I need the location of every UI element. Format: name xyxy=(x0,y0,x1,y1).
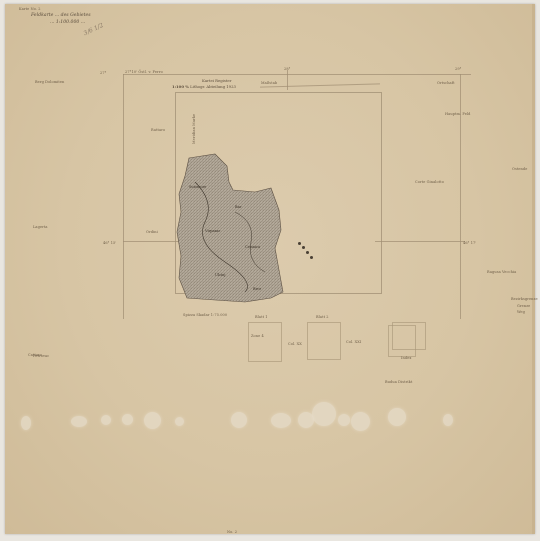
handwritten-note-line1: Feldkarte ... des Gebietes xyxy=(31,13,91,18)
top-left-label: 27°10' Östl. v. Ferro xyxy=(125,70,163,74)
stamp-label: Karte No. 2 xyxy=(19,7,41,11)
right-label-1: Ortschaft xyxy=(437,81,455,85)
water-stain xyxy=(122,414,133,425)
index-frame-3-label: Index xyxy=(401,356,411,360)
right-label: Hauptm. Feld xyxy=(445,112,470,116)
region-label: Virpazar xyxy=(204,229,221,233)
right-label: Grenze xyxy=(517,304,530,308)
left-label: 46° 15' xyxy=(103,241,116,245)
index-frame-1 xyxy=(248,322,282,362)
region-label: Bar xyxy=(235,205,242,209)
right-grid-line xyxy=(460,74,461,319)
index-frame-1-side: Col. XX xyxy=(288,342,302,346)
terrain-map: Sutomore Bar Virpazar Crmnica Ulcinj Brc… xyxy=(175,152,287,312)
coord-right: 29° xyxy=(455,67,462,71)
map-caption: Spizza Skadar 1:75.000 xyxy=(183,313,227,317)
coord-mid: 28° xyxy=(284,67,291,71)
scale-bar xyxy=(260,83,380,87)
water-stain xyxy=(271,413,291,428)
index-frame-1-label: Blatt 1 xyxy=(255,315,268,319)
island-marker xyxy=(306,251,309,254)
left-label-1: Berg Dolomiten xyxy=(35,80,64,84)
left-label: Ordini xyxy=(146,230,158,234)
water-stain xyxy=(443,414,453,426)
index-frame-2 xyxy=(307,322,341,360)
right-label: Ostende xyxy=(512,167,527,171)
water-stain xyxy=(338,414,350,426)
region-label: Brce xyxy=(253,287,261,291)
region-label: Ulcinj xyxy=(215,273,226,277)
left-mid-line xyxy=(123,241,183,242)
title-prefix: 1:100 % xyxy=(172,84,189,89)
title-line2: 1:100 % Lithogr. Abteilung 1923 xyxy=(172,84,236,89)
region-label: Sutomore xyxy=(189,185,206,189)
bottom-stamp: No. 2 xyxy=(227,530,237,534)
right-label: Weg xyxy=(517,310,525,314)
scale-bar-label: Maßstab xyxy=(261,81,277,85)
region-label: Crmnica xyxy=(245,245,260,249)
island-marker xyxy=(310,256,313,259)
pencil-note: 3/6 1/2 xyxy=(83,22,105,37)
handwritten-note-line2: ... 1:100.000 ... xyxy=(50,20,85,25)
left-label: Lagerta xyxy=(33,225,48,229)
water-stain xyxy=(231,412,247,428)
water-stain xyxy=(144,412,161,429)
map-sheet: Karte No. 2 Feldkarte ... des Gebietes .… xyxy=(5,4,535,534)
right-label: Corte Ginalotto xyxy=(415,180,444,184)
right-mid-line xyxy=(375,241,465,242)
water-stain xyxy=(71,416,87,427)
island-marker xyxy=(302,246,305,249)
right-label: Ragusa Vecchia xyxy=(487,270,516,274)
island-marker xyxy=(298,242,301,245)
right-label: Bezirksgrenze xyxy=(511,297,538,301)
water-stain xyxy=(388,408,406,426)
sheet-edge xyxy=(532,4,535,534)
water-stain xyxy=(21,416,31,430)
index-frame-3b xyxy=(392,322,426,350)
index-frame-2-label: Blatt 2 xyxy=(316,315,329,319)
bottom-center-label: Budua Distrikt xyxy=(385,380,412,384)
title-text: Lithogr. Abteilung 1923 xyxy=(190,84,236,89)
water-stain xyxy=(312,402,336,426)
coord-left: 27° xyxy=(100,71,107,75)
vertical-meridian-label: Meridian Marke xyxy=(192,114,196,144)
left-grid-line xyxy=(123,74,124,319)
title-line1: Kartei Register xyxy=(202,78,231,83)
bottom-left-label: Petrovac xyxy=(33,354,49,358)
water-stain xyxy=(351,412,370,431)
index-frame-1-inner: Zone 4 xyxy=(251,334,264,338)
right-label: 46° 17' xyxy=(463,241,476,245)
center-tick xyxy=(287,70,288,90)
index-frame-2-side: Col. XXI xyxy=(346,340,361,344)
water-stain xyxy=(101,415,111,425)
top-grid-line xyxy=(123,74,471,75)
water-stain xyxy=(175,417,184,426)
left-label: Rattaro xyxy=(151,128,165,132)
